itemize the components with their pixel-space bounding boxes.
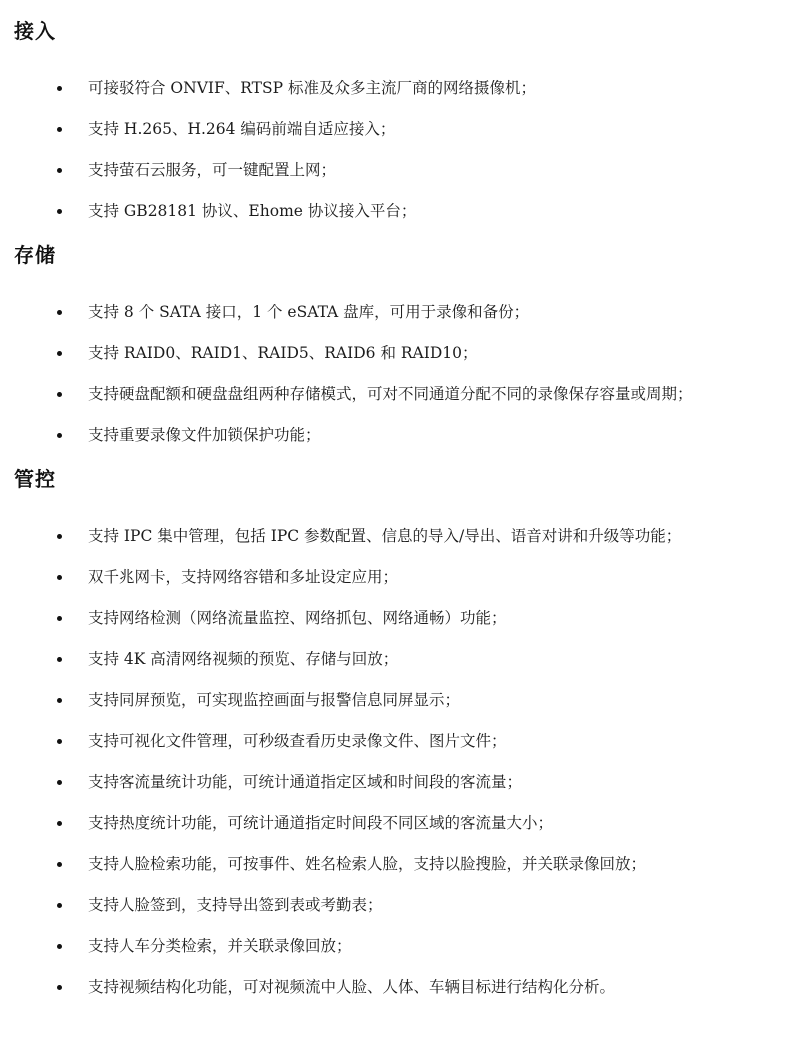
list-item-text: 支持 H.265、H.264 编码前端自适应接入； [88, 120, 395, 138]
bullet-icon [57, 127, 62, 132]
list-item: 支持热度统计功能，可统计通道指定时间段不同区域的客流量大小； [14, 815, 772, 832]
feature-list-access: 可接驳符合 ONVIF、RTSP 标准及众多主流厂商的网络摄像机； 支持 H.2… [14, 80, 772, 220]
list-item-text: 支持人脸检索功能，可按事件、姓名检索人脸，支持以脸搜脸，并关联录像回放； [88, 855, 646, 873]
list-item-text: 双千兆网卡，支持网络容错和多址设定应用； [88, 568, 398, 586]
bullet-icon [57, 985, 62, 990]
list-item-text: 支持 RAID0、RAID1、RAID5、RAID6 和 RAID10； [88, 344, 478, 362]
list-item-text: 支持人脸签到，支持导出签到表或考勤表； [88, 896, 383, 914]
bullet-icon [57, 575, 62, 580]
bullet-icon [57, 616, 62, 621]
list-item-text: 支持 8 个 SATA 接口，1 个 eSATA 盘库，可用于录像和备份； [88, 303, 529, 321]
bullet-icon [57, 903, 62, 908]
list-item: 支持 GB28181 协议、Ehome 协议接入平台； [14, 203, 772, 220]
bullet-icon [57, 433, 62, 438]
list-item: 支持 H.265、H.264 编码前端自适应接入； [14, 121, 772, 138]
bullet-icon [57, 821, 62, 826]
list-item: 支持人脸签到，支持导出签到表或考勤表； [14, 897, 772, 914]
list-item: 支持重要录像文件加锁保护功能； [14, 427, 772, 444]
list-item-text: 支持人车分类检索，并关联录像回放； [88, 937, 352, 955]
section-heading-storage: 存储 [14, 242, 772, 268]
list-item-text: 支持网络检测（网络流量监控、网络抓包、网络通畅）功能； [88, 609, 507, 627]
list-item: 支持人车分类检索，并关联录像回放； [14, 938, 772, 955]
bullet-icon [57, 657, 62, 662]
list-item-text: 可接驳符合 ONVIF、RTSP 标准及众多主流厂商的网络摄像机； [88, 79, 536, 97]
section-storage: 存储 支持 8 个 SATA 接口，1 个 eSATA 盘库，可用于录像和备份；… [14, 242, 772, 444]
list-item: 支持视频结构化功能，可对视频流中人脸、人体、车辆目标进行结构化分析。 [14, 979, 772, 996]
bullet-icon [57, 862, 62, 867]
feature-list-management: 支持 IPC 集中管理，包括 IPC 参数配置、信息的导入/导出、语音对讲和升级… [14, 528, 772, 996]
bullet-icon [57, 351, 62, 356]
document-page: 接入 可接驳符合 ONVIF、RTSP 标准及众多主流厂商的网络摄像机； 支持 … [0, 0, 790, 1055]
section-heading-access: 接入 [14, 18, 772, 44]
list-item: 支持 8 个 SATA 接口，1 个 eSATA 盘库，可用于录像和备份； [14, 304, 772, 321]
list-item: 支持 IPC 集中管理，包括 IPC 参数配置、信息的导入/导出、语音对讲和升级… [14, 528, 772, 545]
list-item-text: 支持可视化文件管理，可秒级查看历史录像文件、图片文件； [88, 732, 507, 750]
section-access: 接入 可接驳符合 ONVIF、RTSP 标准及众多主流厂商的网络摄像机； 支持 … [14, 18, 772, 220]
bullet-icon [57, 780, 62, 785]
list-item: 支持可视化文件管理，可秒级查看历史录像文件、图片文件； [14, 733, 772, 750]
list-item-text: 支持同屏预览，可实现监控画面与报警信息同屏显示； [88, 691, 460, 709]
bullet-icon [57, 944, 62, 949]
list-item-text: 支持 GB28181 协议、Ehome 协议接入平台； [88, 202, 416, 220]
section-heading-management: 管控 [14, 466, 772, 492]
bullet-icon [57, 739, 62, 744]
bullet-icon [57, 86, 62, 91]
bullet-icon [57, 534, 62, 539]
bullet-icon [57, 310, 62, 315]
list-item: 支持客流量统计功能，可统计通道指定区域和时间段的客流量； [14, 774, 772, 791]
section-management: 管控 支持 IPC 集中管理，包括 IPC 参数配置、信息的导入/导出、语音对讲… [14, 466, 772, 996]
feature-list-storage: 支持 8 个 SATA 接口，1 个 eSATA 盘库，可用于录像和备份； 支持… [14, 304, 772, 444]
list-item-text: 支持视频结构化功能，可对视频流中人脸、人体、车辆目标进行结构化分析。 [88, 978, 615, 996]
bullet-icon [57, 392, 62, 397]
list-item-text: 支持 4K 高清网络视频的预览、存储与回放； [88, 650, 398, 668]
list-item: 双千兆网卡，支持网络容错和多址设定应用； [14, 569, 772, 586]
list-item-text: 支持客流量统计功能，可统计通道指定区域和时间段的客流量； [88, 773, 522, 791]
bullet-icon [57, 698, 62, 703]
list-item-text: 支持 IPC 集中管理，包括 IPC 参数配置、信息的导入/导出、语音对讲和升级… [88, 527, 681, 545]
list-item: 支持硬盘配额和硬盘盘组两种存储模式，可对不同通道分配不同的录像保存容量或周期； [14, 386, 772, 403]
list-item-text: 支持萤石云服务，可一键配置上网； [88, 161, 336, 179]
list-item: 可接驳符合 ONVIF、RTSP 标准及众多主流厂商的网络摄像机； [14, 80, 772, 97]
list-item: 支持人脸检索功能，可按事件、姓名检索人脸，支持以脸搜脸，并关联录像回放； [14, 856, 772, 873]
list-item: 支持 RAID0、RAID1、RAID5、RAID6 和 RAID10； [14, 345, 772, 362]
list-item-text: 支持重要录像文件加锁保护功能； [88, 426, 321, 444]
list-item: 支持同屏预览，可实现监控画面与报警信息同屏显示； [14, 692, 772, 709]
list-item-text: 支持硬盘配额和硬盘盘组两种存储模式，可对不同通道分配不同的录像保存容量或周期； [88, 385, 693, 403]
list-item: 支持萤石云服务，可一键配置上网； [14, 162, 772, 179]
bullet-icon [57, 209, 62, 214]
list-item-text: 支持热度统计功能，可统计通道指定时间段不同区域的客流量大小； [88, 814, 553, 832]
list-item: 支持 4K 高清网络视频的预览、存储与回放； [14, 651, 772, 668]
list-item: 支持网络检测（网络流量监控、网络抓包、网络通畅）功能； [14, 610, 772, 627]
bullet-icon [57, 168, 62, 173]
